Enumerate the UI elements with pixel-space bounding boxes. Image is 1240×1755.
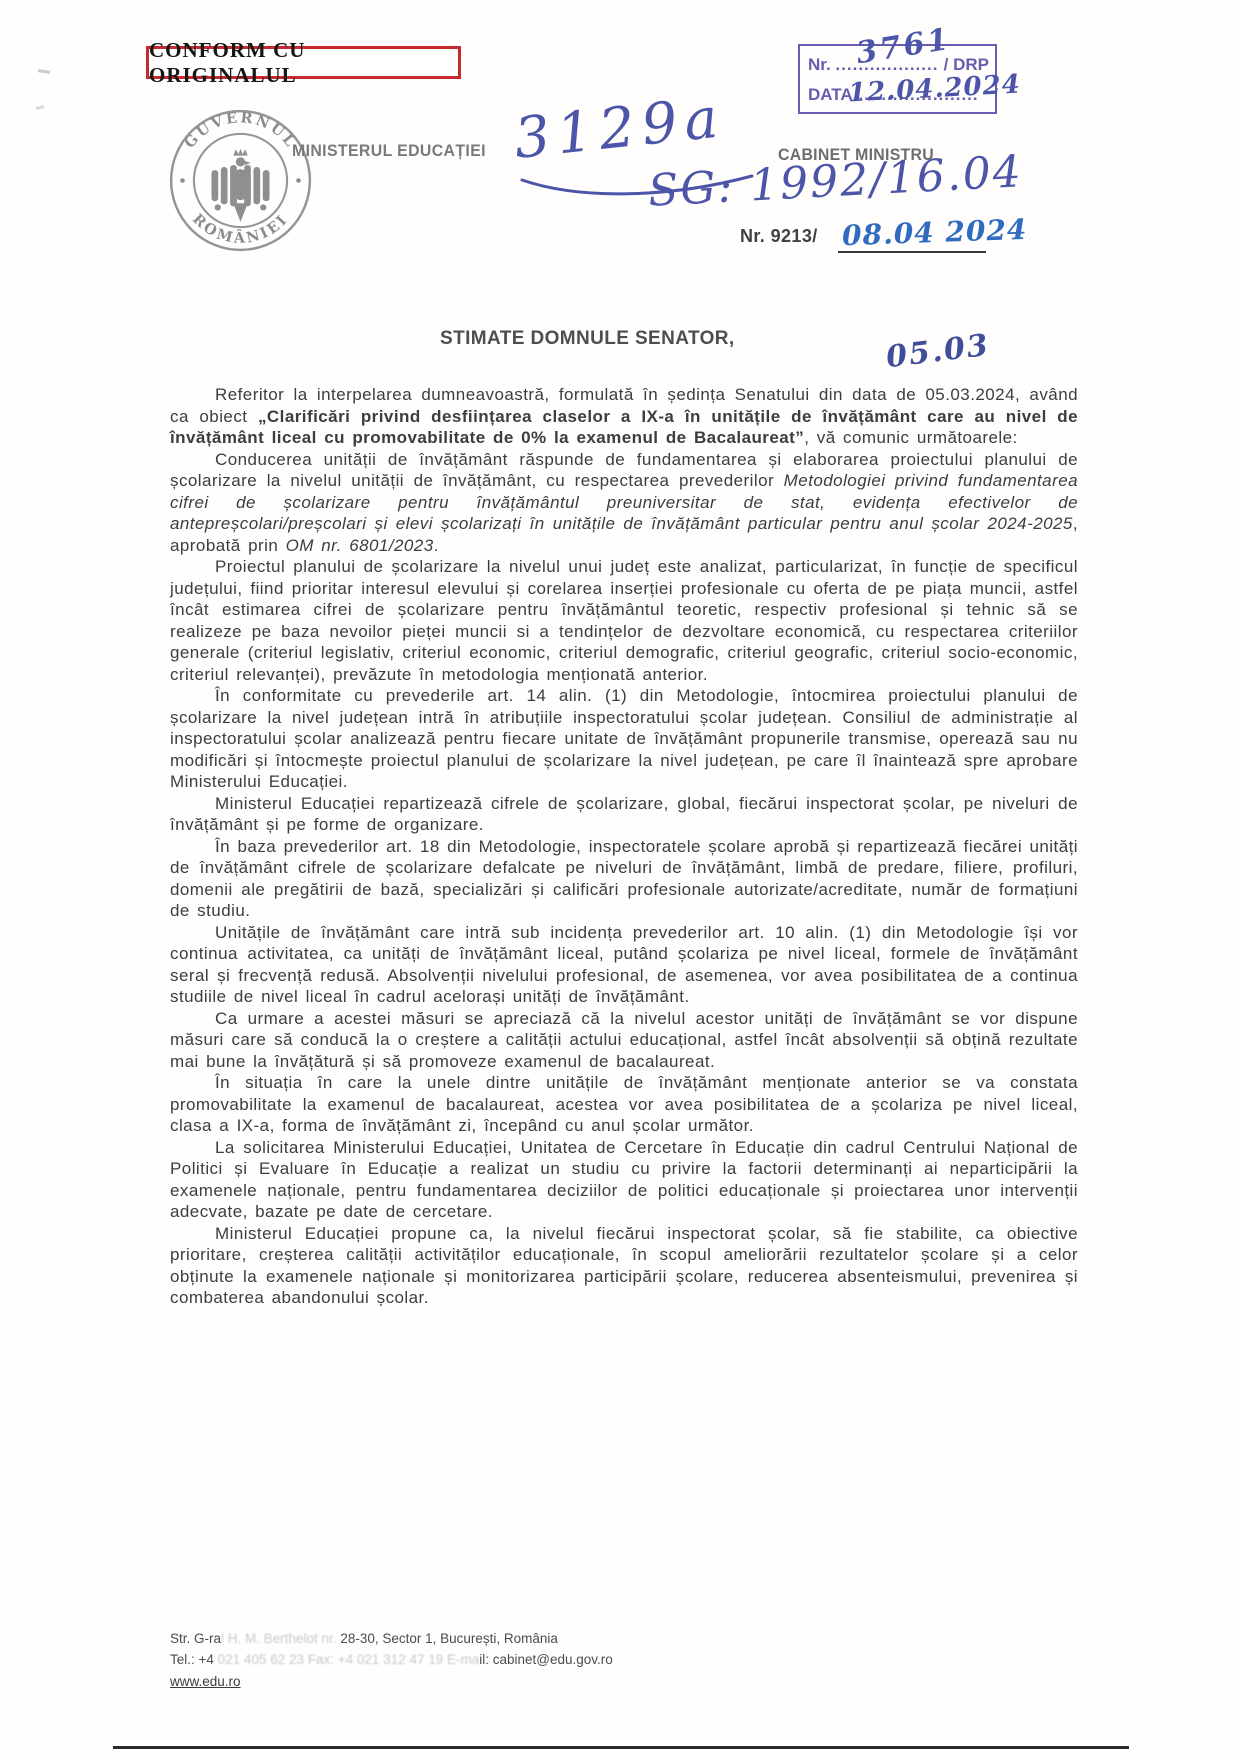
paragraph: Conducerea unității de învățământ răspun… (170, 449, 1078, 557)
registry-date-label: DATA (808, 80, 853, 110)
conform-cu-originalul-stamp: CONFORM CU ORIGINALUL (146, 46, 461, 79)
text-segment: Ministerul Educației repartizează cifrel… (170, 794, 1078, 835)
paragraph: Ministerul Educației propune ca, la nive… (170, 1223, 1078, 1309)
handwritten-number: 3129a (511, 85, 728, 172)
handwritten-registration-date: 08.04 2024 (841, 213, 1027, 252)
text-segment: Ministerul Educației propune ca, la nive… (170, 1224, 1078, 1308)
footer-text-segment: 28-30, Sector 1, București, România (340, 1631, 558, 1646)
footer-text-segment: Str. G-ra (170, 1631, 221, 1646)
footer-text-segment: il: cabinet@edu.gov.ro (479, 1652, 613, 1667)
salutation: STIMATE DOMNULE SENATOR, (440, 328, 735, 350)
scan-artifact (38, 69, 50, 74)
text-segment: . (434, 536, 439, 555)
conform-stamp-label: CONFORM CU ORIGINALUL (149, 38, 458, 88)
footer-line: Str. G-ral H. M. Berthelot nr. 28-30, Se… (170, 1628, 930, 1649)
paragraph: Ca urmare a acestei măsuri se apreciază … (170, 1008, 1078, 1073)
paragraph: Ministerul Educației repartizează cifrel… (170, 793, 1078, 836)
svg-text:GUVERNUL: GUVERNUL (181, 109, 300, 152)
text-segment: Ca urmare a acestei măsuri se apreciază … (170, 1009, 1078, 1071)
paragraph: În situația în care la unele dintre unit… (170, 1072, 1078, 1137)
footer-text-segment: l H. M. Berthelot nr. (221, 1631, 340, 1646)
text-segment: În baza prevederilor art. 18 din Metodol… (170, 837, 1078, 921)
website-link: www.edu.ro (170, 1671, 241, 1692)
footer-text-segment: 021 405 62 23 Fax: +4 021 312 47 19 E-ma (218, 1652, 480, 1667)
eagle-emblem-icon (212, 149, 270, 222)
text-segment: În conformitate cu prevederile art. 14 a… (170, 686, 1078, 791)
paragraph: În baza prevederilor art. 18 din Metodol… (170, 836, 1078, 922)
paragraph: La solicitarea Ministerului Educației, U… (170, 1137, 1078, 1223)
paragraph: Unitățile de învățământ care intră sub i… (170, 922, 1078, 1008)
government-seal: GUVERNUL ROMÂNIEI (168, 108, 313, 253)
page-bottom-rule (113, 1746, 1129, 1749)
ministry-label: MINISTERUL EDUCAȚIEI (292, 142, 486, 161)
text-segment: În situația în care la unele dintre unit… (170, 1073, 1078, 1135)
text-segment: OM nr. 6801/2023 (286, 536, 434, 555)
paragraph: Referitor la interpelarea dumneavoastră,… (170, 384, 1078, 449)
letter-body: Referitor la interpelarea dumneavoastră,… (170, 384, 1078, 1309)
footer: Str. G-ral H. M. Berthelot nr. 28-30, Se… (170, 1628, 930, 1692)
paragraph: Proiectul planului de școlarizare la niv… (170, 556, 1078, 685)
scanned-letter-page: CONFORM CU ORIGINALUL Nr. ..............… (0, 0, 1240, 1755)
scan-artifact (36, 105, 44, 110)
text-segment: Proiectul planului de școlarizare la niv… (170, 557, 1078, 684)
registry-stamp: Nr. .................. / DRP DATA.......… (798, 44, 997, 114)
seal-text-top: GUVERNUL (181, 109, 300, 152)
text-segment: Unitățile de învățământ care intră sub i… (170, 923, 1078, 1007)
handwritten-margin-note: 05.03 (884, 328, 991, 375)
text-segment: La solicitarea Ministerului Educației, U… (170, 1138, 1078, 1222)
footer-text-segment: Tel.: +4 (170, 1652, 218, 1667)
registry-nr-label: Nr. (808, 50, 831, 80)
paragraph: În conformitate cu prevederile art. 14 a… (170, 685, 1078, 793)
registration-number-label: Nr. 9213/ (740, 226, 818, 247)
handwritten-sg-number: SG: 1992/16.04 (647, 146, 1024, 217)
text-segment: , vă comunic următoarele: (804, 428, 1017, 447)
footer-line: Tel.: +4 021 405 62 23 Fax: +4 021 312 4… (170, 1649, 930, 1670)
